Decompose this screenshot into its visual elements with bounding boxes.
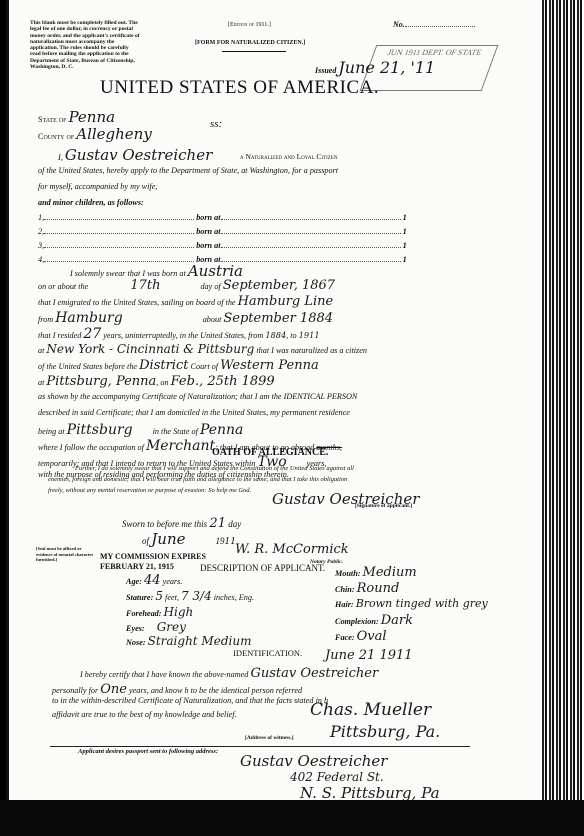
allegiance-line-1: Further, I do solemnly swear that I will… (75, 465, 354, 472)
certificate-line: as shown by the accompanying Certificate… (38, 392, 357, 401)
affidavit-line: affidavit are true to the best of my kno… (52, 710, 237, 719)
county-field: County of Allegheny (38, 125, 152, 143)
ss-mark: ss: (210, 118, 222, 130)
scan-border (0, 800, 584, 836)
applicant-name: Gustav Oestreicher (65, 146, 212, 164)
forehead-field: Forehead: High (126, 605, 193, 619)
address-label: [Address of witness.] (245, 735, 294, 741)
instructions-notice: This blank must be completely filled out… (30, 20, 140, 70)
nose-field: Nose: Straight Medium (126, 634, 251, 648)
resided-line: that I resided 27 years, uninterruptedly… (38, 326, 320, 342)
sworn-month-line: of June1911 (142, 530, 236, 548)
sail-from-line: from Hamburgabout September 1884 (38, 310, 333, 326)
divider (50, 746, 470, 747)
identification-heading: IDENTIFICATION. (233, 648, 302, 658)
child-row-1: 1, born at 1 (38, 213, 407, 222)
divider (222, 51, 286, 52)
edition-label: [Edition of 1911.] (228, 22, 271, 28)
mailing-name: Gustav Oestreicher (240, 752, 387, 770)
age-field: Age: 44 years. (126, 573, 182, 588)
domiciled-line: described in said Certificate; that I am… (38, 408, 350, 417)
birthdate-line: on or about the 17thday of September, 18… (38, 278, 335, 293)
witness-signature: Chas. Mueller (310, 700, 431, 720)
allegiance-line-3: freely, without any mental reservation o… (48, 487, 251, 494)
mouth-field: Mouth: Medium (335, 565, 417, 580)
description-heading: DESCRIPTION OF APPLICANT. (200, 563, 325, 573)
mailing-label: Applicant desires passport sent to follo… (78, 748, 218, 755)
notary-signature: W. R. McCormick (235, 542, 349, 557)
wife-line: for myself, accompanied by my wife, (38, 182, 157, 191)
complexion-field: Complexion: Dark (335, 613, 413, 628)
page-title: UNITED STATES OF AMERICA. (100, 77, 379, 99)
applicant-line: I, Gustav Oestreicher (58, 146, 212, 164)
certify-line: I hereby certify that I have known the a… (80, 666, 378, 681)
hair-field: Hair: Brown tinged with grey (335, 597, 488, 610)
children-line: and minor children, as follows: (38, 198, 144, 207)
court-line: of the United States before the District… (38, 358, 319, 373)
commission-date: FEBRUARY 21, 1915 (100, 562, 174, 571)
residences-line: at New York - Cincinnati & Pittsburg tha… (38, 342, 367, 356)
child-row-3: 3, born at 1 (38, 241, 407, 250)
allegiance-line-2: enemies, foreign and domestic; that I wi… (48, 476, 347, 483)
stature-field: Stature: 5 feet, 7 3/4 inches, Eng. (126, 589, 254, 603)
naturalized-line: at Pittsburg, Penna, on Feb., 25th 1899 (38, 374, 275, 389)
facts-line: to in the within-described Certificate o… (52, 696, 328, 705)
apply-line: of the United States, hereby apply to th… (38, 166, 338, 175)
known-line: personally for One years, and know h to … (52, 682, 302, 697)
issued-date: June 21, '11 (338, 58, 435, 77)
witness-address: Pittsburg, Pa. (330, 722, 440, 741)
citizen-text: a Naturalized and Loyal Citizen (240, 152, 338, 161)
seal-note: [Seal must be affixed or evidence of not… (36, 546, 96, 563)
face-field: Face: Oval (335, 629, 387, 644)
issued-field: Issued June 21, '11 (315, 58, 435, 77)
emigrated-line: that I emigrated to the United States, s… (38, 294, 333, 309)
identification-date: June 21 1911 (325, 648, 413, 663)
form-type-label: [FORM FOR NATURALIZED CITIZEN.] (195, 40, 305, 46)
signature-label: [Signature of applicant.] (355, 503, 412, 509)
sworn-line: Sworn to before me this 21 day (122, 516, 241, 531)
eyes-field: Eyes: Grey (126, 620, 186, 634)
residence-line: being at Pittsburgin the State of Penna (38, 422, 243, 438)
number-label: No. (393, 20, 475, 29)
chin-field: Chin: Round (335, 581, 399, 596)
state-field: State of Penna (38, 108, 115, 126)
commission-expires: MY COMMISSION EXPIRES (100, 552, 206, 561)
allegiance-heading: OATH OF ALLEGIANCE. (212, 447, 328, 458)
child-row-2: 2, born at 1 (38, 227, 407, 236)
binding-edge (540, 0, 584, 812)
mailing-street: 402 Federal St. (290, 770, 384, 784)
